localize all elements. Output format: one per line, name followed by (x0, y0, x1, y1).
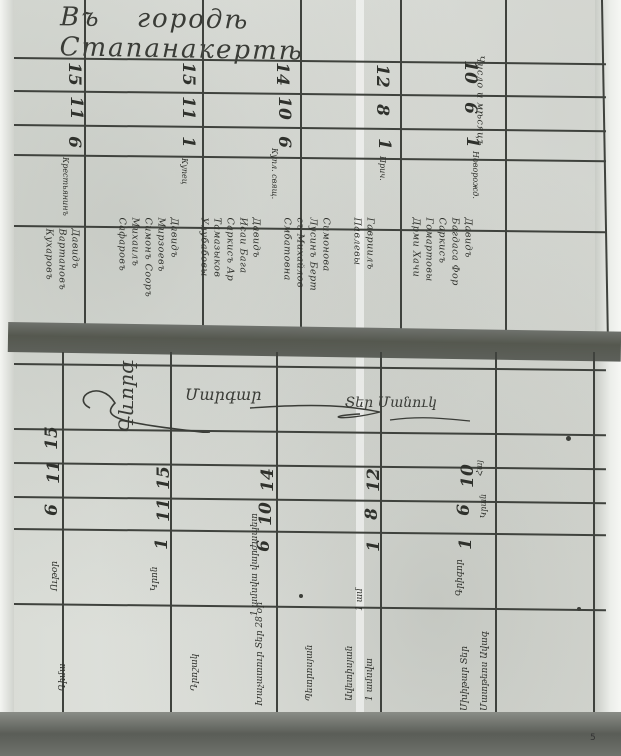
number-cell: 6 (274, 136, 294, 148)
mark-cell: 1 ամ (354, 561, 366, 611)
note-cell: Դրոշակ (189, 631, 201, 691)
number-cell: 15 (154, 466, 174, 490)
number-cell: 15 (178, 62, 198, 86)
signature-swash-icon (60, 378, 480, 433)
name-cell: Саркисъ Ар (225, 218, 236, 318)
number-cell: 6 (454, 504, 474, 516)
number-cell: 1 (364, 540, 384, 552)
name-cell: Исаи Бага (238, 218, 249, 318)
note-cell: Ավետիսյան (344, 621, 356, 701)
note-cell: Կրոն (149, 551, 161, 591)
number-cell: 1 (374, 138, 394, 150)
note-cell: Ութօր (49, 541, 61, 591)
rule-line (14, 462, 606, 470)
number-cell: 8 (362, 508, 382, 520)
number-cell: 11 (44, 460, 64, 484)
mark-cell: Կրան (478, 494, 490, 518)
name-cell: Симонъ Сооръ (143, 218, 154, 318)
name-cell: Багдаса Фор (450, 218, 461, 318)
number-cell: 10 (274, 96, 294, 120)
note-cell: Խաչատուր Տեր 28 օր (254, 616, 266, 706)
fold-crease-band (8, 322, 621, 362)
column-rule (495, 352, 497, 714)
number-cell: 10 (460, 60, 480, 84)
name-cell: съ Михайлов (295, 218, 306, 318)
rule-line (14, 363, 606, 371)
bottom-scan-shadow (0, 712, 621, 756)
name-cell: Улубабовы (199, 218, 210, 318)
name-cell: Давидъ (169, 218, 180, 318)
rule-line (14, 528, 606, 536)
note-cell: Պետրոսյան (304, 621, 316, 701)
number-cell: 15 (64, 62, 84, 86)
number-cell: 11 (178, 96, 198, 120)
name-cell: Сафаровъ (117, 218, 128, 318)
number-cell: 11 (66, 96, 86, 120)
ink-speck (299, 594, 303, 598)
name-cell: Михаилъ (130, 218, 141, 318)
name-cell: Смбатовна (282, 218, 293, 318)
number-cell: 1 (462, 136, 482, 148)
number-cell: 11 (154, 498, 174, 522)
scanned-register-page: Въ городѣ Стапанакертѣ Число и мѣсяцъ 10… (0, 0, 621, 756)
name-cell: Давидъ (463, 218, 474, 318)
column-rule (505, 0, 507, 330)
note-cell: Գրիգոր (454, 536, 466, 596)
name-cell: Гомартовы (424, 218, 435, 318)
qualifier-cell: Купл. свящ. (268, 148, 280, 228)
name-cell: Мирзоевъ (156, 218, 167, 318)
number-cell: 14 (272, 62, 292, 86)
number-cell: 8 (372, 104, 392, 116)
number-cell: 6 (64, 136, 84, 148)
name-cell: Тамазыков (212, 218, 223, 318)
note-cell: Մխիթար Տեր (459, 621, 471, 711)
mark-cell: Հայ (474, 460, 486, 476)
name-cell: Гавриилъ (365, 218, 376, 318)
rule-line (14, 124, 606, 132)
name-cell: Вартановъ (57, 229, 68, 319)
title-part: Въ (60, 2, 101, 33)
qualifier-cell: Купец (178, 158, 190, 218)
name-cell: Дрми Хачи (411, 218, 422, 318)
right-margin-shadow (595, 0, 621, 756)
name-cell: Павлевы (352, 218, 363, 318)
title-part: городѣ (137, 4, 250, 36)
rule-line (14, 496, 606, 504)
page-title: Въ городѣ Стапанакертѣ (60, 2, 491, 53)
number-cell: 15 (42, 426, 62, 450)
qualifier-cell: Крестьянинъ (59, 157, 71, 227)
rule-line (14, 90, 606, 98)
column-rule (400, 0, 402, 330)
number-cell: 12 (364, 468, 384, 492)
name-cell: Симонова (321, 218, 332, 318)
column-rule (84, 0, 86, 330)
left-margin-shadow (0, 0, 14, 756)
qualifier-cell: Новорожд. (469, 151, 481, 221)
name-cell: Саркисъ (437, 218, 448, 318)
page-number: 5 (590, 733, 596, 743)
ink-speck (577, 607, 581, 611)
name-cell: Давидъ (251, 218, 262, 318)
rule-line (14, 154, 606, 162)
note-cell: Դիմա (57, 621, 69, 691)
number-cell: 14 (258, 468, 278, 492)
number-cell: 6 (42, 504, 62, 516)
number-cell: 1 (152, 538, 172, 550)
name-cell: Лусинъ Берт (308, 218, 319, 318)
qualifier-cell: Прич. (376, 156, 388, 216)
number-cell: 1 (178, 136, 198, 148)
rule-line (14, 603, 606, 611)
ink-speck (566, 436, 571, 441)
name-cell: Давидъ (70, 229, 81, 319)
number-cell: 6 (460, 102, 480, 114)
name-cell: Кухаровъ (44, 229, 55, 319)
note-cell: 1 ամսվա (364, 621, 376, 701)
number-cell: 12 (372, 64, 392, 88)
note-cell: Մատթեոս Ավագ (479, 621, 491, 711)
column-rule (593, 352, 595, 742)
